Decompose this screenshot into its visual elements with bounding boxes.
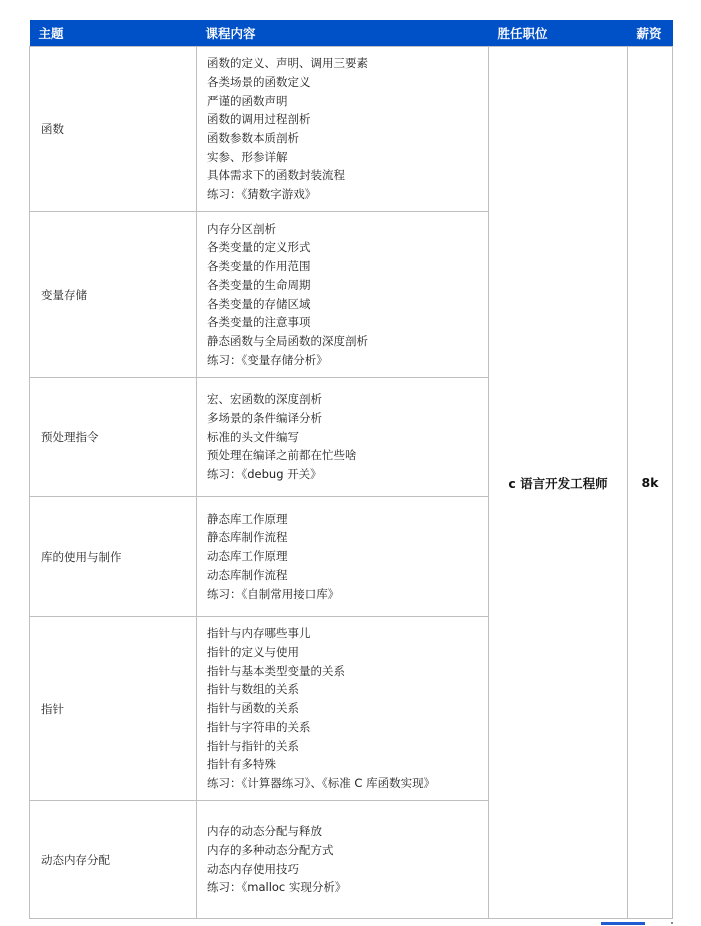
content-cell: 内存分区剖析 各类变量的定义形式 各类变量的作用范围 各类变量的生命周期 各类变… <box>197 212 489 378</box>
content-line: 练习：《debug 开关》 <box>207 465 488 484</box>
content-line: 函数参数本质剖析 <box>207 129 488 148</box>
content-line: 实参、形参详解 <box>207 148 488 167</box>
page-footer-mark <box>601 922 645 925</box>
header-salary: 薪资 <box>628 20 673 47</box>
content-cell: 函数的定义、声明、调用三要素 各类场景的函数定义 严谨的函数声明 函数的调用过程… <box>197 47 489 212</box>
content-line: 各类变量的定义形式 <box>207 238 488 257</box>
content-line: 静态库工作原理 <box>207 510 488 529</box>
content-line: 各类变量的作用范围 <box>207 257 488 276</box>
position-cell: c 语言开发工程师 <box>489 47 628 919</box>
content-line: 标准的头文件编写 <box>207 428 488 447</box>
content-line: 内存的多种动态分配方式 <box>207 841 488 860</box>
content-line: 具体需求下的函数封装流程 <box>207 166 488 185</box>
content-line: 指针与内存哪些事儿 <box>207 624 488 643</box>
content-line: 练习：《变量存储分析》 <box>207 351 488 370</box>
course-table: 主题 课程内容 胜任职位 薪资 函数 函数的定义、声明、调用三要素 各类场景的函… <box>29 20 673 919</box>
content-line: 指针与函数的关系 <box>207 699 488 718</box>
content-line: 静态库制作流程 <box>207 528 488 547</box>
content-line: 指针与指针的关系 <box>207 737 488 756</box>
content-cell: 指针与内存哪些事儿 指针的定义与使用 指针与基本类型变量的关系 指针与数组的关系… <box>197 617 489 801</box>
content-line: 动态内存使用技巧 <box>207 860 488 879</box>
content-line: 各类变量的存储区域 <box>207 295 488 314</box>
content-line: 函数的调用过程剖析 <box>207 110 488 129</box>
content-line: 各类变量的生命周期 <box>207 276 488 295</box>
page-footer-dot <box>671 922 673 924</box>
content-line: 动态库制作流程 <box>207 566 488 585</box>
topic-cell: 函数 <box>30 47 197 212</box>
topic-cell: 库的使用与制作 <box>30 497 197 617</box>
content-cell: 静态库工作原理 静态库制作流程 动态库工作原理 动态库制作流程 练习：《自制常用… <box>197 497 489 617</box>
salary-cell: 8k <box>628 47 673 919</box>
content-line: 静态函数与全局函数的深度剖析 <box>207 332 488 351</box>
content-line: 函数的定义、声明、调用三要素 <box>207 54 488 73</box>
topic-cell: 变量存储 <box>30 212 197 378</box>
header-content: 课程内容 <box>197 20 489 47</box>
table-row: 函数 函数的定义、声明、调用三要素 各类场景的函数定义 严谨的函数声明 函数的调… <box>30 47 673 212</box>
content-line: 各类变量的注意事项 <box>207 313 488 332</box>
content-line: 多场景的条件编译分析 <box>207 409 488 428</box>
content-line: 练习：《猜数字游戏》 <box>207 185 488 204</box>
content-cell: 内存的动态分配与释放 内存的多种动态分配方式 动态内存使用技巧 练习：《mall… <box>197 801 489 919</box>
topic-cell: 动态内存分配 <box>30 801 197 919</box>
content-line: 指针与基本类型变量的关系 <box>207 662 488 681</box>
content-line: 动态库工作原理 <box>207 547 488 566</box>
content-line: 指针与字符串的关系 <box>207 718 488 737</box>
content-line: 练习：《malloc 实现分析》 <box>207 878 488 897</box>
content-line: 指针有多特殊 <box>207 755 488 774</box>
content-line: 练习：《自制常用接口库》 <box>207 585 488 604</box>
topic-cell: 预处理指令 <box>30 378 197 497</box>
topic-cell: 指针 <box>30 617 197 801</box>
header-topic: 主题 <box>30 20 197 47</box>
content-line: 内存分区剖析 <box>207 220 488 239</box>
header-position: 胜任职位 <box>489 20 628 47</box>
content-line: 预处理在编译之前都在忙些啥 <box>207 446 488 465</box>
content-line: 内存的动态分配与释放 <box>207 822 488 841</box>
content-line: 练习：《计算器练习》、《标准 C 库函数实现》 <box>207 774 488 793</box>
content-line: 严谨的函数声明 <box>207 92 488 111</box>
content-cell: 宏、宏函数的深度剖析 多场景的条件编译分析 标准的头文件编写 预处理在编译之前都… <box>197 378 489 497</box>
content-line: 各类场景的函数定义 <box>207 73 488 92</box>
content-line: 指针的定义与使用 <box>207 643 488 662</box>
content-line: 宏、宏函数的深度剖析 <box>207 390 488 409</box>
content-line: 指针与数组的关系 <box>207 680 488 699</box>
table-header-row: 主题 课程内容 胜任职位 薪资 <box>30 20 673 47</box>
